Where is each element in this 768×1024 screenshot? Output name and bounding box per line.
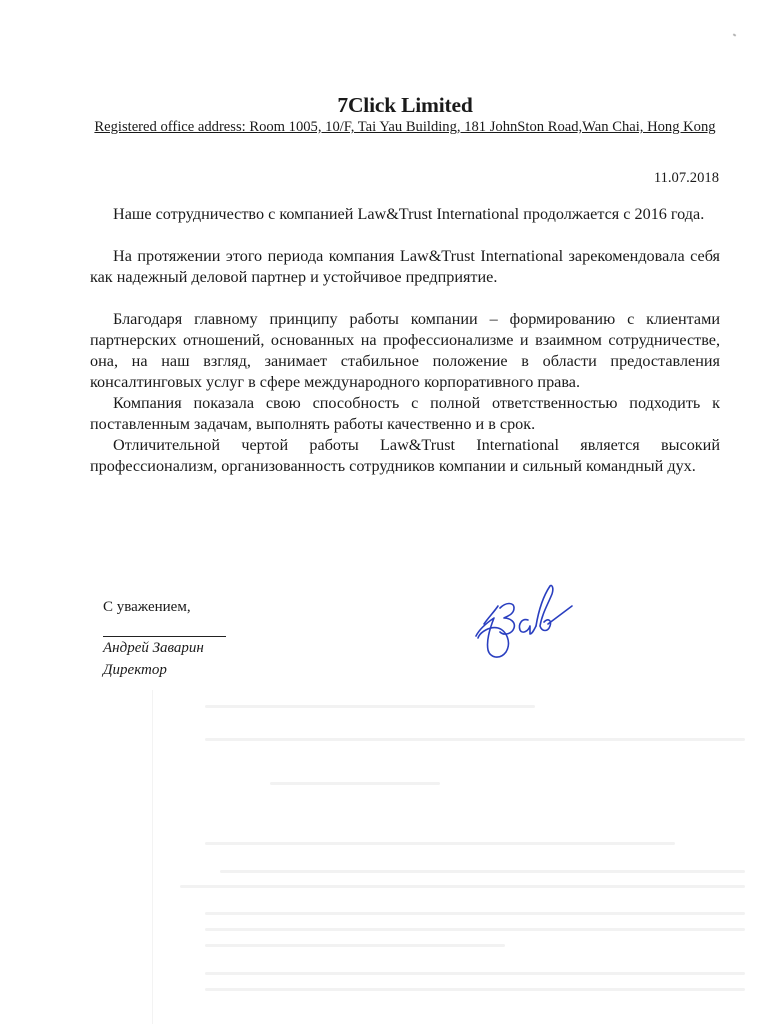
bleed-line <box>205 944 505 947</box>
bleed-line <box>205 912 745 915</box>
bleed-line <box>270 782 440 785</box>
bleed-line <box>205 842 675 845</box>
scan-speck <box>733 33 737 36</box>
signature-line <box>103 636 226 637</box>
handwritten-signature-icon <box>470 578 575 666</box>
bleed-line <box>205 928 745 931</box>
bleed-line <box>180 885 745 888</box>
registered-address: Registered office address: Room 1005, 10… <box>90 118 720 136</box>
letter-body: Наше сотрудничество с компанией Law&Trus… <box>90 204 720 477</box>
paragraph-3: Благодаря главному принципу работы компа… <box>90 309 720 393</box>
bleed-line <box>220 870 745 873</box>
bleed-line <box>205 705 535 708</box>
company-name: 7Click Limited <box>90 93 720 117</box>
scanned-letter-page: 7Click Limited Registered office address… <box>0 0 768 1024</box>
paragraph-2: На протяжении этого периода компания Law… <box>90 246 720 288</box>
closing-salutation: С уважением, <box>103 599 191 616</box>
letterhead: 7Click Limited Registered office address… <box>90 93 720 136</box>
paragraph-1: Наше сотрудничество с компанией Law&Trus… <box>90 204 720 225</box>
signer-title: Директор <box>103 662 167 679</box>
signer-name: Андрей Заварин <box>103 640 204 657</box>
paragraph-4: Компания показала свою способность с пол… <box>90 393 720 435</box>
letter-date: 11.07.2018 <box>654 170 719 187</box>
bleed-line <box>205 738 745 741</box>
paragraph-5: Отличительной чертой работы Law&Trust In… <box>90 435 720 477</box>
bleed-line <box>205 972 745 975</box>
bleed-margin-line <box>152 690 153 1024</box>
bleed-line <box>205 988 745 991</box>
